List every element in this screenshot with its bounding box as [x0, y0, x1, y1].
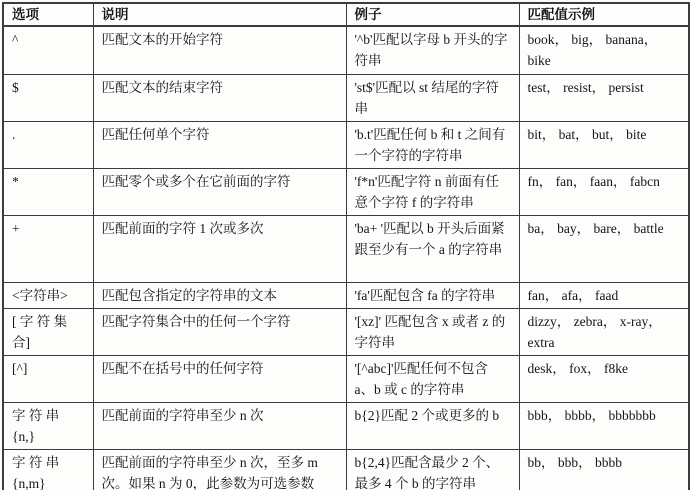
option-cell: *	[3, 168, 93, 215]
table-body: ^ 匹配文本的开始字符 '^b'匹配以字母 b 开头的字符串 book， big…	[3, 26, 689, 490]
option-cell: .	[3, 121, 93, 168]
option-cell: <字符串>	[3, 282, 93, 308]
table-row: * 匹配零个或多个在它前面的字符 'f*n'匹配字符 n 前面有任意个字符 f …	[3, 168, 689, 215]
example-cell: 'b.t'匹配任何 b 和 t 之间有一个字符的字符串	[346, 121, 519, 168]
example-cell: '[^abc]'匹配任何不包含 a、b 或 c 的字符串	[346, 355, 519, 402]
example-cell: 'fa'匹配包含 fa 的字符串	[346, 282, 519, 308]
option-cell: [^]	[3, 355, 93, 402]
table-row: [^] 匹配不在括号中的任何字符 '[^abc]'匹配任何不包含 a、b 或 c…	[3, 355, 689, 402]
example-cell: b{2}匹配 2 个或更多的 b	[346, 402, 519, 449]
description-cell: 匹配前面的字符 1 次或多次	[93, 215, 346, 282]
regex-syntax-table: 选项 说明 例子 匹配值示例 ^ 匹配文本的开始字符 '^b'匹配以字母 b 开…	[2, 2, 690, 490]
description-cell: 匹配零个或多个在它前面的字符	[93, 168, 346, 215]
document-page: 选项 说明 例子 匹配值示例 ^ 匹配文本的开始字符 '^b'匹配以字母 b 开…	[0, 0, 690, 490]
example-cell: '^b'匹配以字母 b 开头的字符串	[346, 26, 519, 74]
matches-cell: bb， bbb， bbbb	[519, 449, 689, 490]
table-row: 字 符 串 {n,m} 匹配前面的字符串至少 n 次，至多 m 次。如果 n 为…	[3, 449, 689, 490]
table-row: . 匹配任何单个字符 'b.t'匹配任何 b 和 t 之间有一个字符的字符串 b…	[3, 121, 689, 168]
option-cell: 字 符 串 {n,}	[3, 402, 93, 449]
matches-cell: bit， bat， but， bite	[519, 121, 689, 168]
description-cell: 匹配前面的字符串至少 n 次，至多 m 次。如果 n 为 0，此参数为可选参数	[93, 449, 346, 490]
option-cell: +	[3, 215, 93, 282]
example-cell: 'ba+ '匹配以 b 开头后面紧跟至少有一个 a 的字符串	[346, 215, 519, 282]
description-cell: 匹配文本的开始字符	[93, 26, 346, 74]
example-cell: '[xz]' 匹配包含 x 或者 z 的字符串	[346, 308, 519, 355]
description-cell: 匹配任何单个字符	[93, 121, 346, 168]
table-row: + 匹配前面的字符 1 次或多次 'ba+ '匹配以 b 开头后面紧跟至少有一个…	[3, 215, 689, 282]
matches-cell: fn， fan， faan， fabcn	[519, 168, 689, 215]
option-cell: [ 字 符 集 合]	[3, 308, 93, 355]
option-cell: ^	[3, 26, 93, 74]
header-description: 说明	[93, 3, 346, 26]
option-cell: 字 符 串 {n,m}	[3, 449, 93, 490]
table-header: 选项 说明 例子 匹配值示例	[3, 3, 689, 26]
table-row: [ 字 符 集 合] 匹配字符集合中的任何一个字符 '[xz]' 匹配包含 x …	[3, 308, 689, 355]
table-row: ^ 匹配文本的开始字符 '^b'匹配以字母 b 开头的字符串 book， big…	[3, 26, 689, 74]
example-cell: b{2,4}匹配含最少 2 个、最多 4 个 b 的字符串	[346, 449, 519, 490]
description-cell: 匹配文本的结束字符	[93, 74, 346, 121]
matches-cell: bbb， bbbb， bbbbbbb	[519, 402, 689, 449]
matches-cell: test， resist， persist	[519, 74, 689, 121]
option-cell: $	[3, 74, 93, 121]
matches-cell: ba， bay， bare， battle	[519, 215, 689, 282]
matches-cell: dizzy， zebra， x-ray， extra	[519, 308, 689, 355]
header-row: 选项 说明 例子 匹配值示例	[3, 3, 689, 26]
table-row: $ 匹配文本的结束字符 'st$'匹配以 st 结尾的字符串 test， res…	[3, 74, 689, 121]
description-cell: 匹配不在括号中的任何字符	[93, 355, 346, 402]
table-row: 字 符 串 {n,} 匹配前面的字符串至少 n 次 b{2}匹配 2 个或更多的…	[3, 402, 689, 449]
table-row: <字符串> 匹配包含指定的字符串的文本 'fa'匹配包含 fa 的字符串 fan…	[3, 282, 689, 308]
header-option: 选项	[3, 3, 93, 26]
matches-cell: fan， afa， faad	[519, 282, 689, 308]
matches-cell: desk， fox， f8ke	[519, 355, 689, 402]
description-cell: 匹配前面的字符串至少 n 次	[93, 402, 346, 449]
header-matches: 匹配值示例	[519, 3, 689, 26]
example-cell: 'f*n'匹配字符 n 前面有任意个字符 f 的字符串	[346, 168, 519, 215]
example-cell: 'st$'匹配以 st 结尾的字符串	[346, 74, 519, 121]
header-example: 例子	[346, 3, 519, 26]
matches-cell: book， big， banana， bike	[519, 26, 689, 74]
description-cell: 匹配字符集合中的任何一个字符	[93, 308, 346, 355]
description-cell: 匹配包含指定的字符串的文本	[93, 282, 346, 308]
